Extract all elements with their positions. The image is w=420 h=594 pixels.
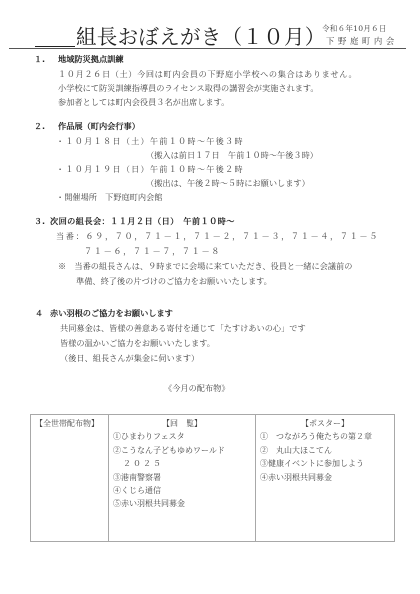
section-4-line-2: 皆様の温かいご協力をお願いいたします。 [60, 338, 215, 349]
column-header-all-households: 【全世帯配布物】 [35, 417, 104, 430]
column-all-households: 【全世帯配布物】 [31, 415, 109, 542]
column-circulation: 【回 覧】 ①ひまわりフェスタ ②こうなん子どもゆめワールド ２０２５ ③港南警… [109, 415, 256, 542]
distribution-table: 【全世帯配布物】 【回 覧】 ①ひまわりフェスタ ②こうなん子どもゆめワールド … [30, 414, 395, 542]
list-item: ③健康イベントに参加しよう [260, 457, 390, 470]
section-3-number: ３. [34, 216, 45, 227]
section-2-line-5: ・開催場所 下野庭町内会館 [56, 192, 162, 203]
header-divider [9, 48, 406, 49]
section-3-line-2: ７１－６，７１－７，７１－８ [84, 246, 221, 257]
list-item: ②こうなん子どもゆめワールド [113, 444, 251, 457]
section-4-line-3: （後日、組長さんが集金に伺います） [60, 353, 199, 364]
section-1-number: １. [34, 54, 45, 65]
list-item: ④赤い羽根共同募金 [260, 471, 390, 484]
section-3-note-line-2: 準備、終了後の片づけのご協力をお願いいたします。 [76, 276, 272, 287]
section-3-title: 次回の組長会：１１月２日（日） 午前１０時～ [50, 216, 235, 227]
page-title-text: 組長おぼえがき（１０月） [76, 25, 326, 49]
section-4-title: 赤い羽根のご協力をお願いします [50, 308, 173, 319]
list-item: ２０２５ [113, 457, 251, 470]
section-4-number: ４ [35, 308, 43, 319]
section-2-line-4: （搬出は、午後２時～５時にお願いします） [146, 178, 310, 189]
section-1-line-2: 小学校にて防災訓練指導員のライセンス取得の講習会が実施されます。 [58, 83, 319, 94]
section-1-title: 地域防災拠点訓練 [58, 54, 124, 65]
organization-name: 下野庭町内会 [326, 35, 398, 47]
section-1-line-3: 参加者としては町内会役員３名が出席します。 [58, 97, 229, 108]
column-header-poster: 【ポスター】 [260, 417, 390, 430]
list-item: ①ひまわりフェスタ [113, 430, 251, 443]
page-title: 組長おぼえがき（１０月） [35, 20, 326, 50]
section-2-line-3: ・１０月１９日（日）午前１０時～午後２時 [56, 164, 244, 175]
section-1-line-1: １０月２６日（土）今回は町内会員の下野庭小学校への集合はありません。 [58, 69, 357, 80]
distribution-heading: 《今月の配布物》 [164, 383, 230, 394]
list-item: ② 丸山大ほこてん [260, 444, 390, 457]
list-item: ③港南警察署 [113, 471, 251, 484]
column-header-circulation: 【回 覧】 [113, 417, 251, 430]
document-date: 令和６年10月６日 [322, 23, 387, 34]
list-item: ④くじら通信 [113, 484, 251, 497]
section-4-line-1: 共同募金は、皆様の善意ある寄付を通じて「たすけあいの心」です [60, 323, 306, 334]
column-poster: 【ポスター】 ① つながろう俺たちの第２章 ② 丸山大ほこてん ③健康イベントに… [256, 415, 395, 542]
section-2-line-1: ・１０月１８日（土）午前１０時～午後３時 [56, 136, 244, 147]
section-3-note-line-1: ※ 当番の組長さんは、９時までに会場に来ていただき、役員と一緒に会議前の [58, 261, 352, 272]
list-item: ① つながろう俺たちの第２章 [260, 430, 390, 443]
section-2-number: ２. [34, 121, 45, 132]
distribution-row: 【全世帯配布物】 【回 覧】 ①ひまわりフェスタ ②こうなん子どもゆめワールド … [31, 415, 395, 542]
section-2-line-2: （搬入は前日１７日 午前１０時～午後３時） [146, 150, 318, 161]
list-item: ⑤赤い羽根共同募金 [113, 497, 251, 510]
name-blank-line [35, 26, 75, 47]
section-2-title: 作品展（町内会行事） [58, 121, 140, 132]
section-3-line-1: 当番：６９，７０，７１－１，７１－２，７１－３，７１－４，７１－５ [56, 231, 379, 242]
